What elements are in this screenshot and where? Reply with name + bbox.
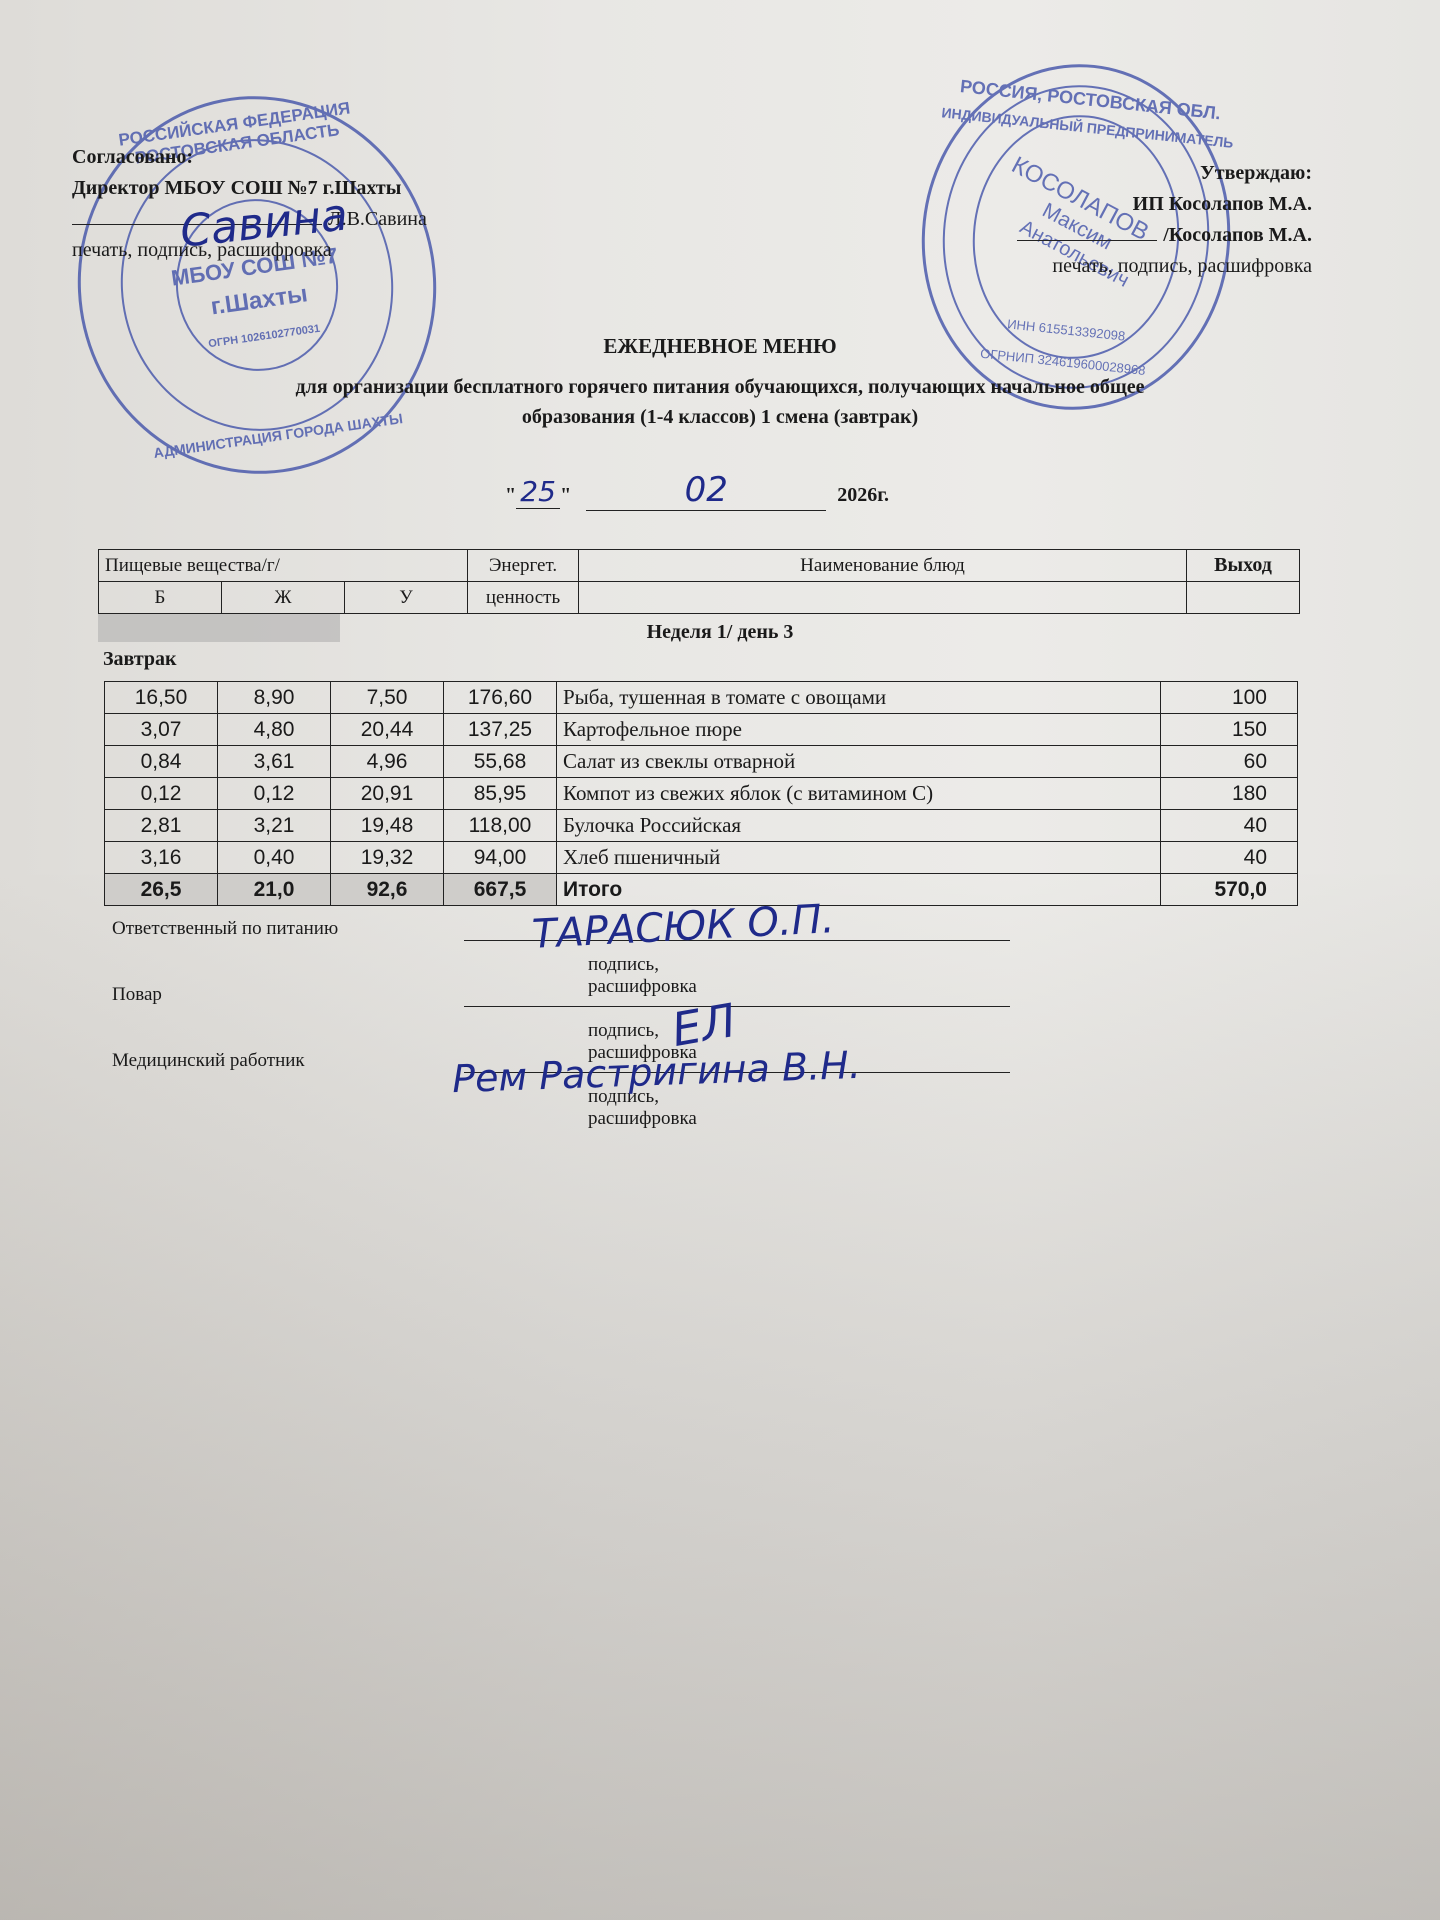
cell-carbs: 20,91 — [331, 778, 444, 810]
table-row: 0,843,614,9655,68Салат из свеклы отварно… — [105, 746, 1298, 778]
signature-role: Повар — [112, 984, 162, 1006]
approval-right-name: /Косолапов М.А. — [1163, 224, 1312, 246]
menu-table: 16,508,907,50176,60Рыба, тушенная в тома… — [104, 681, 1298, 906]
cell-fat: 21,0 — [218, 874, 331, 906]
approval-left-heading: Согласовано: — [72, 142, 427, 173]
cell-fat: 4,80 — [218, 714, 331, 746]
cell-protein: 26,5 — [105, 874, 218, 906]
cell-protein: 2,81 — [105, 810, 218, 842]
document-subtitle: для организации бесплатного горячего пит… — [100, 372, 1340, 432]
cell-output: 60 — [1161, 746, 1298, 778]
date-year: 2026г. — [837, 484, 889, 506]
table-row: 2,813,2119,48118,00Булочка Российская40 — [105, 810, 1298, 842]
week-day-label: Неделя 1/ день 3 — [0, 621, 1440, 644]
school-stamp: РОССИЙСКАЯ ФЕДЕРАЦИЯ РОСТОВСКАЯ ОБЛАСТЬ … — [53, 73, 460, 497]
approval-right-heading: Утверждаю: — [1017, 158, 1312, 189]
table-row: 3,074,8020,44137,25Картофельное пюре150 — [105, 714, 1298, 746]
handwritten-signature: Рем Растригина В.Н. — [451, 1043, 861, 1101]
approval-right-signature-line — [1017, 240, 1157, 241]
cell-carbs: 19,32 — [331, 842, 444, 874]
subtitle-line-2: образования (1-4 классов) 1 смена (завтр… — [100, 402, 1340, 432]
header-energy: Энергет. — [468, 550, 579, 582]
cell-output: 100 — [1161, 682, 1298, 714]
cell-carbs: 92,6 — [331, 874, 444, 906]
header-nutrients: Пищевые вещества/г/ — [99, 550, 468, 582]
header-empty — [579, 582, 1187, 614]
cell-dish-name: Булочка Российская — [557, 810, 1161, 842]
cell-fat: 8,90 — [218, 682, 331, 714]
document-title: ЕЖЕДНЕВНОЕ МЕНЮ — [0, 334, 1440, 359]
cell-protein: 16,50 — [105, 682, 218, 714]
cell-energy: 94,00 — [444, 842, 557, 874]
cell-carbs: 19,48 — [331, 810, 444, 842]
cell-carbs: 7,50 — [331, 682, 444, 714]
cell-energy: 176,60 — [444, 682, 557, 714]
signature-caption: подпись, расшифровка — [588, 954, 697, 998]
cell-dish-name: Рыба, тушенная в томате с овощами — [557, 682, 1161, 714]
cell-energy: 55,68 — [444, 746, 557, 778]
cell-output: 40 — [1161, 842, 1298, 874]
cell-output: 570,0 — [1161, 874, 1298, 906]
cell-protein: 0,12 — [105, 778, 218, 810]
cell-output: 40 — [1161, 810, 1298, 842]
document-date: "25" 02 2026г. — [505, 470, 889, 511]
header-fat: Ж — [222, 582, 345, 614]
table-total-row: 26,521,092,6667,5Итого570,0 — [105, 874, 1298, 906]
date-quote: " — [505, 484, 516, 506]
header-output: Выход — [1187, 550, 1300, 582]
cell-dish-name: Компот из свежих яблок (с витамином С) — [557, 778, 1161, 810]
date-quote: " — [560, 484, 571, 506]
document-page: РОССИЙСКАЯ ФЕДЕРАЦИЯ РОСТОВСКАЯ ОБЛАСТЬ … — [0, 0, 1440, 1920]
cell-energy: 137,25 — [444, 714, 557, 746]
signature-line — [464, 1006, 1010, 1007]
cell-fat: 3,21 — [218, 810, 331, 842]
meal-label: Завтрак — [103, 648, 177, 671]
header-protein: Б — [99, 582, 222, 614]
table-row: 3,160,4019,3294,00Хлеб пшеничный40 — [105, 842, 1298, 874]
approval-right-position: ИП Косолапов М.А. — [1017, 189, 1312, 220]
cell-output: 150 — [1161, 714, 1298, 746]
cell-dish-name: Салат из свеклы отварной — [557, 746, 1161, 778]
cell-output: 180 — [1161, 778, 1298, 810]
subtitle-line-1: для организации бесплатного горячего пит… — [100, 372, 1340, 402]
cell-fat: 0,12 — [218, 778, 331, 810]
signature-role: Ответственный по питанию — [112, 918, 338, 940]
signature-role: Медицинский работник — [112, 1050, 305, 1072]
cell-protein: 3,07 — [105, 714, 218, 746]
header-carbs: У — [345, 582, 468, 614]
cell-fat: 0,40 — [218, 842, 331, 874]
table-row: 16,508,907,50176,60Рыба, тушенная в тома… — [105, 682, 1298, 714]
header-energy-value: ценность — [468, 582, 579, 614]
menu-table-header: Пищевые вещества/г/ Энергет. Наименовани… — [98, 549, 1300, 614]
date-day: 25 — [516, 475, 560, 509]
cell-dish-name: Итого — [557, 874, 1161, 906]
cell-carbs: 20,44 — [331, 714, 444, 746]
cell-dish-name: Картофельное пюре — [557, 714, 1161, 746]
header-empty — [1187, 582, 1300, 614]
cell-fat: 3,61 — [218, 746, 331, 778]
cell-dish-name: Хлеб пшеничный — [557, 842, 1161, 874]
cell-energy: 667,5 — [444, 874, 557, 906]
cell-energy: 85,95 — [444, 778, 557, 810]
cell-energy: 118,00 — [444, 810, 557, 842]
approval-right: Утверждаю: ИП Косолапов М.А. /Косолапов … — [1017, 158, 1312, 282]
cell-protein: 3,16 — [105, 842, 218, 874]
header-dish-name: Наименование блюд — [579, 550, 1187, 582]
date-month: 02 — [586, 470, 826, 511]
cell-carbs: 4,96 — [331, 746, 444, 778]
approval-right-caption: печать, подпись, расшифровка — [1017, 251, 1312, 282]
table-row: 0,120,1220,9185,95Компот из свежих яблок… — [105, 778, 1298, 810]
cell-protein: 0,84 — [105, 746, 218, 778]
